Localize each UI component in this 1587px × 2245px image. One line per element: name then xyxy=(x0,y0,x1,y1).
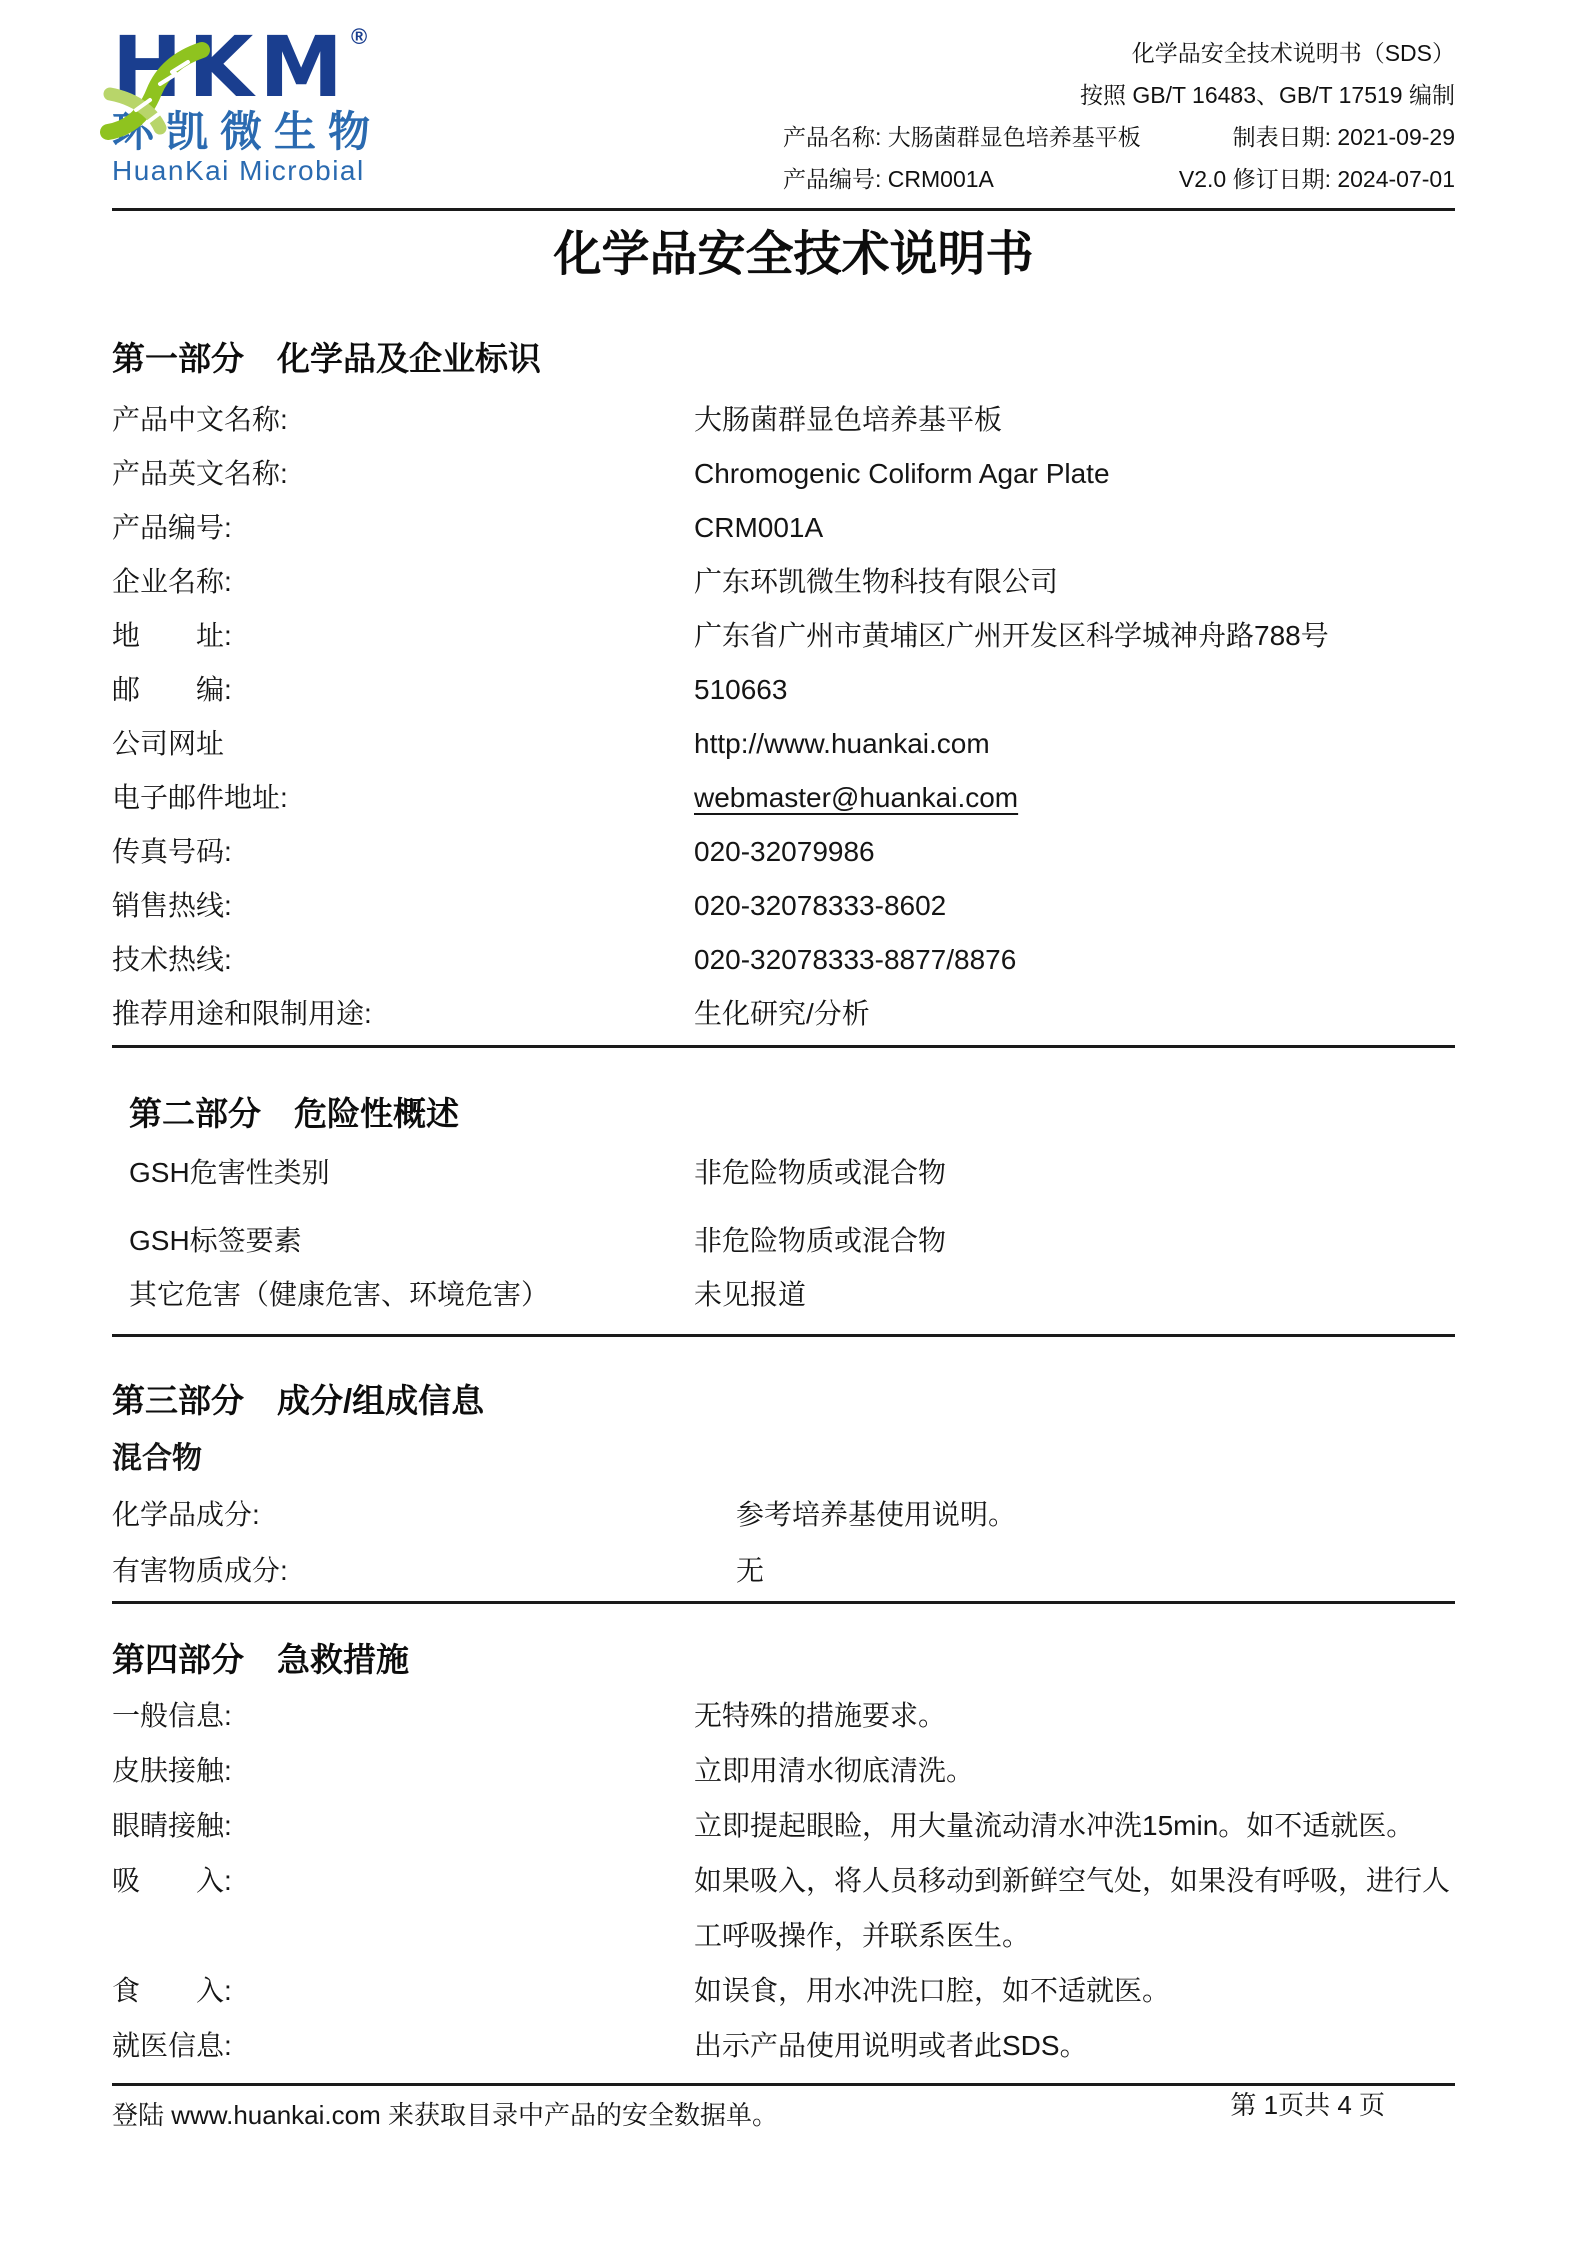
email-link[interactable]: webmaster@huankai.com xyxy=(694,771,1455,825)
field-label: 皮肤接触: xyxy=(112,1743,694,1798)
header-meta: 化学品安全技术说明书（SDS） 按照 GB/T 16483、GB/T 17519… xyxy=(783,26,1455,208)
logo-mark: HKM® xyxy=(112,26,367,106)
header-revision-date: V2.0 修订日期: 2024-07-01 xyxy=(1179,158,1455,200)
row-product-en-name: 产品英文名称: Chromogenic Coliform Agar Plate xyxy=(112,447,1455,501)
section3-rows: 化学品成分: 参考培养基使用说明。 有害物质成分: 无 xyxy=(112,1487,1455,1599)
field-value: 广东省广州市黄埔区广州开发区科学城神舟路788号 xyxy=(694,609,1455,663)
field-value: 立即用清水彻底清洗。 xyxy=(694,1743,1455,1798)
field-label: 吸 入: xyxy=(112,1853,694,1963)
row-ingestion: 食 入: 如误食，用水冲洗口腔，如不适就医。 xyxy=(112,1963,1455,2018)
logo-english-name: HuanKai Microbial xyxy=(112,156,382,186)
row-general-info: 一般信息: 无特殊的措施要求。 xyxy=(112,1688,1455,1743)
field-label: 化学品成分: xyxy=(112,1487,736,1543)
sds-doc-type-line: 化学品安全技术说明书（SDS） xyxy=(783,32,1455,74)
field-label: 技术热线: xyxy=(112,933,694,987)
field-label: 其它危害（健康危害、环境危害） xyxy=(129,1268,694,1322)
field-label: 产品编号: xyxy=(112,501,694,555)
field-value: 020-32078333-8877/8876 xyxy=(694,933,1455,987)
field-label: GSH标签要素 xyxy=(129,1214,694,1268)
company-logo: HKM® 环凯微生物 HuanKai Microbial xyxy=(112,26,382,208)
row-hazardous-components: 有害物质成分: 无 xyxy=(112,1543,1455,1599)
row-recommended-use: 推荐用途和限制用途: 生化研究/分析 xyxy=(112,987,1455,1041)
row-ghs-label-elements: GSH标签要素 非危险物质或混合物 xyxy=(129,1214,1455,1268)
field-value: Chromogenic Coliform Agar Plate xyxy=(694,447,1455,501)
row-product-code: 产品编号: CRM001A xyxy=(112,501,1455,555)
row-fax-number: 传真号码: 020-32079986 xyxy=(112,825,1455,879)
section1-heading: 第一部分 化学品及企业标识 xyxy=(112,337,1455,381)
field-label: 销售热线: xyxy=(112,879,694,933)
field-value: 无特殊的措施要求。 xyxy=(694,1688,1455,1743)
section-first-aid: 第四部分 急救措施 一般信息: 无特殊的措施要求。 皮肤接触: 立即用清水彻底清… xyxy=(0,1638,1587,2073)
field-label: 地 址: xyxy=(112,609,694,663)
field-label: 就医信息: xyxy=(112,2018,694,2073)
field-value: 出示产品使用说明或者此SDS。 xyxy=(694,2018,1455,2073)
document-header: HKM® 环凯微生物 HuanKai Microbial 化学品安全技术说明书（… xyxy=(0,0,1587,208)
field-value: 未见报道 xyxy=(694,1268,1455,1322)
section4-heading: 第四部分 急救措施 xyxy=(112,1638,1455,1682)
row-medical-info: 就医信息: 出示产品使用说明或者此SDS。 xyxy=(112,2018,1455,2073)
section3-heading: 第三部分 成分/组成信息 xyxy=(112,1379,1455,1423)
field-value: 参考培养基使用说明。 xyxy=(736,1487,1455,1543)
row-inhalation: 吸 入: 如果吸入，将人员移动到新鲜空气处，如果没有呼吸，进行人工呼吸操作，并联… xyxy=(112,1853,1455,1963)
field-label: 产品中文名称: xyxy=(112,393,694,447)
header-product-code: 产品编号: CRM001A xyxy=(783,158,994,200)
row-sales-hotline: 销售热线: 020-32078333-8602 xyxy=(112,879,1455,933)
row-product-cn-name: 产品中文名称: 大肠菌群显色培养基平板 xyxy=(112,393,1455,447)
field-value: CRM001A xyxy=(694,501,1455,555)
field-value: 020-32079986 xyxy=(694,825,1455,879)
row-tech-hotline: 技术热线: 020-32078333-8877/8876 xyxy=(112,933,1455,987)
website-link[interactable]: http://www.huankai.com xyxy=(694,717,1455,771)
row-email: 电子邮件地址: webmaster@huankai.com xyxy=(112,771,1455,825)
field-label: 有害物质成分: xyxy=(112,1543,736,1599)
field-label: 推荐用途和限制用途: xyxy=(112,987,694,1041)
row-website: 公司网址 http://www.huankai.com xyxy=(112,717,1455,771)
product-name-date-line: 产品名称: 大肠菌群显色培养基平板 制表日期: 2021-09-29 xyxy=(783,116,1455,158)
section-composition: 第三部分 成分/组成信息 混合物 化学品成分: 参考培养基使用说明。 有害物质成… xyxy=(0,1379,1587,1599)
field-value: 510663 xyxy=(694,663,1455,717)
field-label: 眼睛接触: xyxy=(112,1798,694,1853)
page-indicator: 第 1页共 4 页 xyxy=(1230,2088,1385,2122)
logo-hkm-text: HKM xyxy=(112,18,349,116)
field-label: 食 入: xyxy=(112,1963,694,2018)
row-postal-code: 邮 编: 510663 xyxy=(112,663,1455,717)
field-value: 020-32078333-8602 xyxy=(694,879,1455,933)
page-title: 化学品安全技术说明书 xyxy=(0,227,1587,283)
row-company-name: 企业名称: 广东环凯微生物科技有限公司 xyxy=(112,555,1455,609)
row-other-hazards: 其它危害（健康危害、环境危害） 未见报道 xyxy=(129,1268,1455,1322)
standard-reference-line: 按照 GB/T 16483、GB/T 17519 编制 xyxy=(783,74,1455,116)
section2-divider xyxy=(112,1334,1455,1337)
section2-heading: 第二部分 危险性概述 xyxy=(129,1092,1455,1136)
header-issue-date: 制表日期: 2021-09-29 xyxy=(1233,116,1455,158)
footer-note: 登陆 www.huankai.com 来获取目录中产品的安全数据单。 xyxy=(112,2098,778,2132)
field-label: 传真号码: xyxy=(112,825,694,879)
field-label: 电子邮件地址: xyxy=(112,771,694,825)
header-product-name: 产品名称: 大肠菌群显色培养基平板 xyxy=(783,116,1141,158)
mixture-subheading: 混合物 xyxy=(112,1437,1455,1481)
product-code-revision-line: 产品编号: CRM001A V2.0 修订日期: 2024-07-01 xyxy=(783,158,1455,200)
field-value: 如果吸入，将人员移动到新鲜空气处，如果没有呼吸，进行人工呼吸操作，并联系医生。 xyxy=(694,1853,1455,1963)
header-divider xyxy=(112,208,1455,211)
section3-divider xyxy=(112,1601,1455,1604)
field-label: 产品英文名称: xyxy=(112,447,694,501)
page-footer: 登陆 www.huankai.com 来获取目录中产品的安全数据单。 第 1页共… xyxy=(0,2086,1587,2132)
field-label: 邮 编: xyxy=(112,663,694,717)
field-value: 无 xyxy=(736,1543,1455,1599)
section1-divider xyxy=(112,1045,1455,1048)
sds-document-page: HKM® 环凯微生物 HuanKai Microbial 化学品安全技术说明书（… xyxy=(0,0,1587,2245)
field-value: 广东环凯微生物科技有限公司 xyxy=(694,555,1455,609)
field-value: 非危险物质或混合物 xyxy=(694,1214,1455,1268)
field-value: 生化研究/分析 xyxy=(694,987,1455,1041)
row-chemical-composition: 化学品成分: 参考培养基使用说明。 xyxy=(112,1487,1455,1543)
field-label: 公司网址 xyxy=(112,717,694,771)
field-label: 企业名称: xyxy=(112,555,694,609)
field-label: 一般信息: xyxy=(112,1688,694,1743)
row-ghs-hazard-class: GSH危害性类别 非危险物质或混合物 xyxy=(129,1146,1455,1200)
registered-trademark-icon: ® xyxy=(351,24,367,49)
field-value: 非危险物质或混合物 xyxy=(694,1146,1455,1200)
row-eye-contact: 眼睛接触: 立即提起眼睑，用大量流动清水冲洗15min。如不适就医。 xyxy=(112,1798,1455,1853)
row-address: 地 址: 广东省广州市黄埔区广州开发区科学城神舟路788号 xyxy=(112,609,1455,663)
field-value: 如误食，用水冲洗口腔，如不适就医。 xyxy=(694,1963,1455,2018)
section-hazards-overview: 第二部分 危险性概述 GSH危害性类别 非危险物质或混合物 GSH标签要素 非危… xyxy=(0,1092,1587,1322)
field-value: 大肠菌群显色培养基平板 xyxy=(694,393,1455,447)
logo-chinese-name: 环凯微生物 xyxy=(112,110,382,154)
field-value: 立即提起眼睑，用大量流动清水冲洗15min。如不适就医。 xyxy=(694,1798,1455,1853)
field-label: GSH危害性类别 xyxy=(129,1146,694,1200)
section-identification: 第一部分 化学品及企业标识 产品中文名称: 大肠菌群显色培养基平板 产品英文名称… xyxy=(0,337,1587,1041)
row-skin-contact: 皮肤接触: 立即用清水彻底清洗。 xyxy=(112,1743,1455,1798)
